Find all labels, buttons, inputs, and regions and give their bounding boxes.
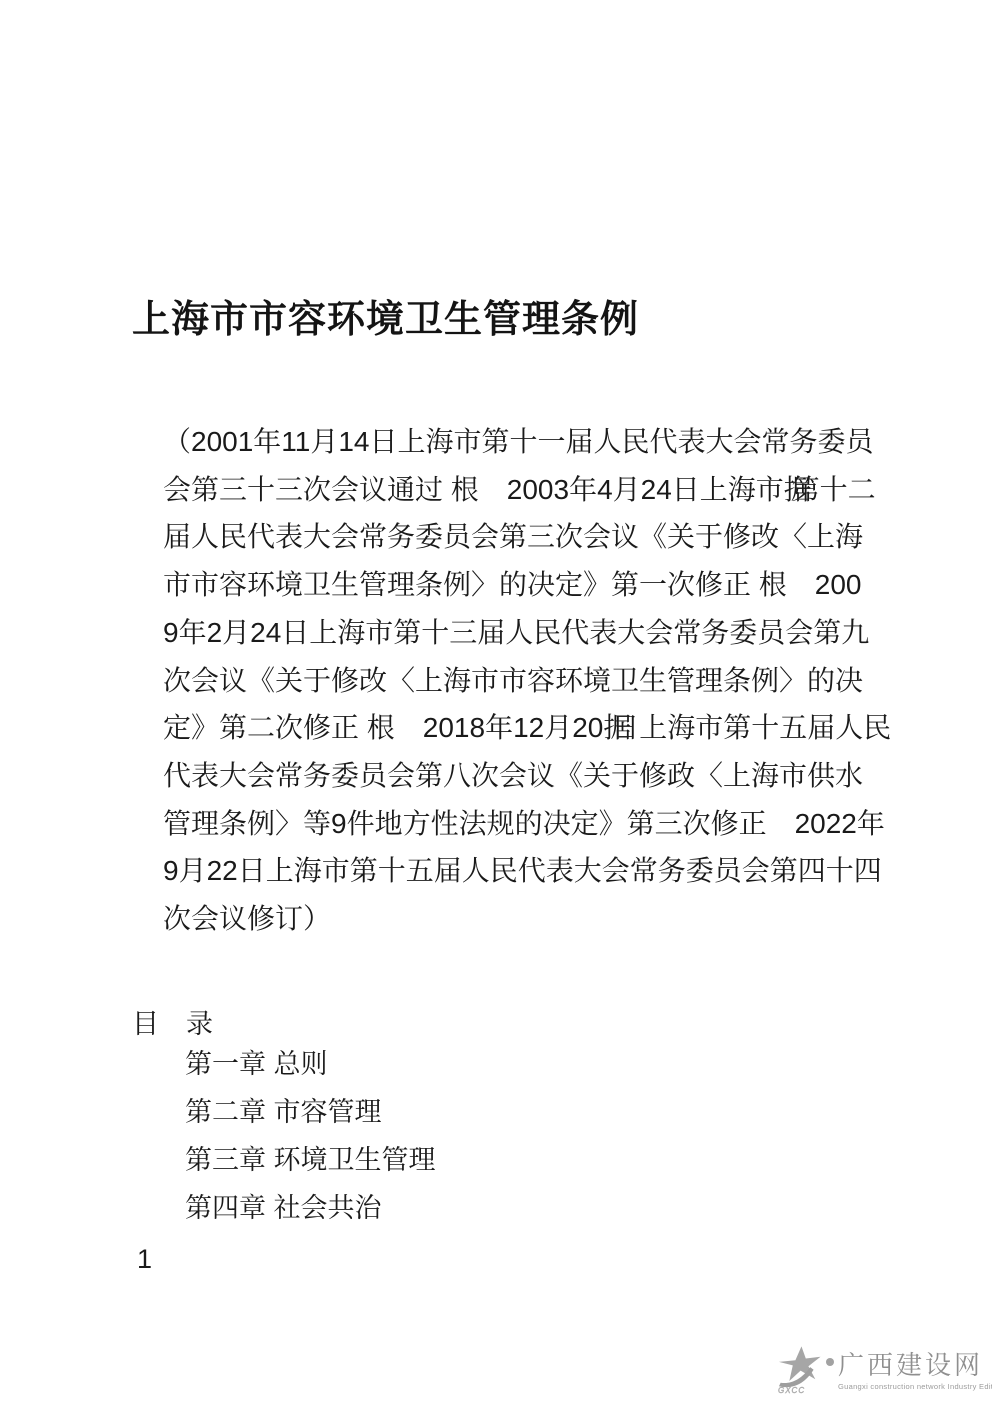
preamble-line-text: 十二: [820, 474, 876, 505]
toc-list: 第一章 总则 第二章 市容管理 第三章 环境卫生管理 第四章 社会共治: [185, 1040, 436, 1232]
preamble-line: 会第三十三次会议通过 根 2003年4月24日上海市据第十二: [163, 466, 863, 514]
preamble-line: 9月22日上海市第十五届人民代表大会常务委员会第四十四: [163, 847, 863, 895]
preamble-line: 定》第二次修正 根 2018年12月20据日上海市第十五届人民: [163, 704, 863, 752]
watermark-logo: GXCC 广西建设网 Guangxi construction network …: [772, 1336, 988, 1398]
preamble-line: 次会议修订）: [163, 895, 863, 943]
preamble-line: 市市容环境卫生管理条例〉的决定》第一次修正 根 200: [163, 561, 863, 609]
preamble-line: 届人民代表大会常务委员会第三次会议《关于修改〈上海: [163, 513, 863, 561]
toc-item-chapter-1: 第一章 总则: [185, 1040, 436, 1088]
preamble-paragraph: （2001年11月14日上海市第十一届人民代表大会常务委员 会第三十三次会议通过…: [163, 418, 863, 943]
toc-item-chapter-2: 第二章 市容管理: [185, 1088, 436, 1136]
preamble-line: （2001年11月14日上海市第十一届人民代表大会常务委员: [163, 418, 863, 466]
logo-dot-icon: [826, 1358, 834, 1366]
toc-item-chapter-3: 第三章 环境卫生管理: [185, 1136, 436, 1184]
watermark-text: 广西建设网 Guangxi construction network Indus…: [838, 1336, 992, 1391]
preamble-line-text: 定》第二次修正 根 2018年12月20: [163, 712, 603, 743]
preamble-line: 次会议《关于修改〈上海市市容环境卫生管理条例〉的决: [163, 657, 863, 705]
preamble-line: 9年2月24日上海市第十三届人民代表大会常务委员会第九: [163, 609, 863, 657]
page-number: 1: [137, 1243, 152, 1275]
preamble-line-text: 上海市第十五届人民: [639, 712, 891, 743]
preamble-line: 代表大会常务委员会第八次会议《关于修政〈上海市供水: [163, 752, 863, 800]
toc-item-chapter-4: 第四章 社会共治: [185, 1184, 436, 1232]
star-icon: GXCC: [772, 1346, 824, 1402]
preamble-line: 管理条例〉等9件地方性法规的决定》第三次修正 2022年: [163, 800, 863, 848]
document-page: 上海市市容环境卫生管理条例 （2001年11月14日上海市第十一届人民代表大会常…: [0, 0, 992, 1403]
overlap-glyph-over: 日: [611, 712, 639, 743]
watermark-site-name: 广西建设网: [838, 1352, 992, 1380]
preamble-line-text: 会第三十三次会议通过 根 2003年4月24日上海市: [163, 474, 784, 505]
watermark-tagline: Guangxi construction network Industry Ed…: [838, 1382, 992, 1391]
page-title: 上海市市容环境卫生管理条例: [132, 288, 639, 343]
logo-script-text: GXCC: [778, 1386, 805, 1395]
overlap-glyph-over: 第: [792, 474, 820, 505]
